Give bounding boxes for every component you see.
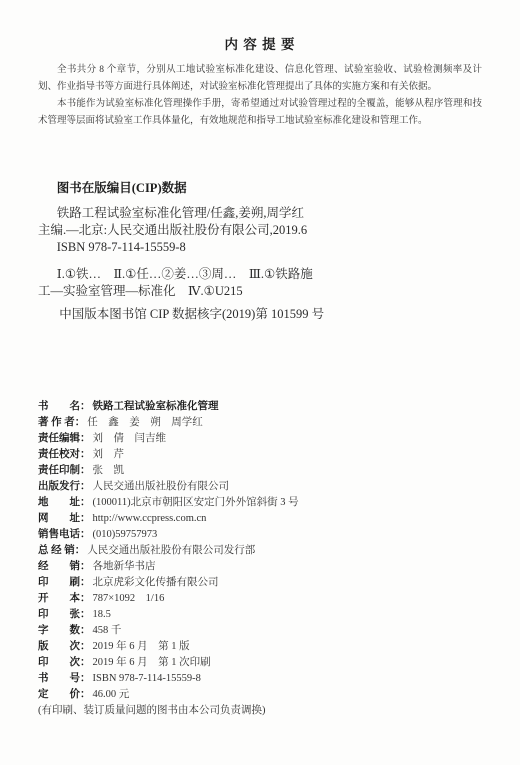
cip-classification-line-2: 工—实验室管理—标准化 Ⅳ.①U215 [38, 283, 482, 300]
colophon-label: 地 址： [38, 497, 91, 508]
cip-record-number: 中国版本图书馆 CIP 数据核字(2019)第 101599 号 [38, 306, 482, 323]
cip-data-block: 图书在版编目(CIP)数据 铁路工程试验室标准化管理/任鑫,姜朔,周学红 主编.… [38, 180, 482, 323]
colophon-value: 张 凯 [91, 465, 125, 476]
colophon-row-editor: 责任编辑：刘 倩 闫吉维 [38, 431, 482, 447]
colophon-row-printer: 印 刷：北京虎彩文化传播有限公司 [38, 575, 482, 591]
cip-isbn-line: ISBN 978-7-114-15559-8 [38, 239, 482, 256]
colophon-row-distributor: 经 销：各地新华书店 [38, 559, 482, 575]
summary-paragraph-2: 本书能作为试验室标准化管理操作手册，寄希望通过对试验管理过程的全覆盖，能够从程序… [38, 96, 482, 130]
colophon-label: 版 次： [38, 641, 91, 652]
cip-heading: 图书在版编目(CIP)数据 [38, 180, 482, 197]
cip-description-line-2: 主编.—北京:人民交通出版社股份有限公司,2019.6 [38, 222, 482, 239]
cip-description-line-1: 铁路工程试验室标准化管理/任鑫,姜朔,周学红 [38, 205, 482, 222]
colophon-value: (010)59757973 [91, 529, 158, 540]
colophon-row-format: 开 本：787×1092 1/16 [38, 591, 482, 607]
colophon-label: 印 张： [38, 609, 91, 620]
colophon-label: 总 经 销： [38, 545, 85, 556]
content-summary-title: 内 容 提 要 [38, 36, 482, 54]
colophon-label: 字 数： [38, 625, 91, 636]
colophon-label: 销售电话： [38, 529, 91, 540]
colophon-label: 著 作 者： [38, 417, 85, 428]
colophon-label: 责任编辑： [38, 433, 91, 444]
colophon-row-book-title: 书 名：铁路工程试验室标准化管理 [38, 399, 482, 415]
copyright-page: 内 容 提 要 全书共分 8 个章节，分别从工地试验室标准化建设、信息化管理、试… [0, 0, 520, 765]
colophon-label: 出版发行： [38, 481, 91, 492]
colophon-label: 网 址： [38, 513, 91, 524]
colophon-label: 经 销： [38, 561, 91, 572]
colophon-label: 定 价： [38, 689, 91, 700]
colophon-row-proofreader: 责任校对：刘 芹 [38, 447, 482, 463]
colophon-label: 印 次： [38, 657, 91, 668]
colophon-value: 北京虎彩文化传播有限公司 [91, 577, 219, 588]
colophon-value: 458 千 [91, 625, 122, 636]
cip-description: 铁路工程试验室标准化管理/任鑫,姜朔,周学红 主编.—北京:人民交通出版社股份有… [38, 205, 482, 256]
colophon-row-address: 地 址：(100011)北京市朝阳区安定门外外馆斜街 3 号 [38, 495, 482, 511]
colophon-row-price: 定 价：46.00 元 [38, 687, 482, 703]
colophon-label: 责任印制： [38, 465, 91, 476]
colophon-label: 责任校对： [38, 449, 91, 460]
colophon-row-sales-phone: 销售电话：(010)59757973 [38, 527, 482, 543]
cip-classification: Ⅰ.①铁… Ⅱ.①任…②姜…③周… Ⅲ.①铁路施 工—实验室管理—标准化 Ⅳ.①… [38, 266, 482, 300]
colophon-label: 开 本： [38, 593, 91, 604]
colophon-value: 2019 年 6 月 第 1 次印刷 [91, 657, 211, 668]
colophon-value: 2019 年 6 月 第 1 版 [91, 641, 190, 652]
colophon-value: ISBN 978-7-114-15559-8 [91, 673, 201, 684]
colophon-row-edition: 版 次：2019 年 6 月 第 1 版 [38, 639, 482, 655]
quality-exchange-note: (有印刷、装订质量问题的图书由本公司负责调换) [38, 703, 482, 719]
colophon-label: 印 刷： [38, 577, 91, 588]
colophon-label: 书 名： [38, 401, 91, 412]
colophon-value: 铁路工程试验室标准化管理 [91, 401, 219, 412]
colophon-row-authors: 著 作 者：任 鑫 姜 朔 周学红 [38, 415, 482, 431]
cip-classification-line-1: Ⅰ.①铁… Ⅱ.①任…②姜…③周… Ⅲ.①铁路施 [38, 266, 482, 283]
colophon-value: 人民交通出版社股份有限公司 [91, 481, 230, 492]
summary-paragraph-1: 全书共分 8 个章节，分别从工地试验室标准化建设、信息化管理、试验室验收、试验检… [38, 62, 482, 96]
colophon-row-word-count: 字 数：458 千 [38, 623, 482, 639]
colophon-value: 18.5 [91, 609, 111, 620]
colophon-row-impression: 印 次：2019 年 6 月 第 1 次印刷 [38, 655, 482, 671]
colophon-value: 各地新华书店 [91, 561, 156, 572]
colophon-value: 任 鑫 姜 朔 周学红 [85, 417, 203, 428]
content-summary: 全书共分 8 个章节，分别从工地试验室标准化建设、信息化管理、试验室验收、试验检… [38, 62, 482, 130]
colophon-row-print-supervisor: 责任印制：张 凯 [38, 463, 482, 479]
colophon-row-isbn: 书 号：ISBN 978-7-114-15559-8 [38, 671, 482, 687]
colophon-row-publisher: 出版发行：人民交通出版社股份有限公司 [38, 479, 482, 495]
colophon-value: 人民交通出版社股份有限公司发行部 [85, 545, 255, 556]
colophon-value: 刘 芹 [91, 449, 125, 460]
colophon-row-website: 网 址：http://www.ccpress.com.cn [38, 511, 482, 527]
colophon-value: 46.00 元 [91, 689, 130, 700]
colophon-row-general-distributor: 总 经 销：人民交通出版社股份有限公司发行部 [38, 543, 482, 559]
colophon-value: 787×1092 1/16 [91, 593, 165, 604]
colophon-value: (100011)北京市朝阳区安定门外外馆斜街 3 号 [91, 497, 299, 508]
colophon-label: 书 号： [38, 673, 91, 684]
colophon-list: 书 名：铁路工程试验室标准化管理 著 作 者：任 鑫 姜 朔 周学红 责任编辑：… [38, 399, 482, 719]
colophon-row-sheets: 印 张：18.5 [38, 607, 482, 623]
colophon-value: http://www.ccpress.com.cn [91, 513, 207, 524]
colophon-value: 刘 倩 闫吉维 [91, 433, 167, 444]
